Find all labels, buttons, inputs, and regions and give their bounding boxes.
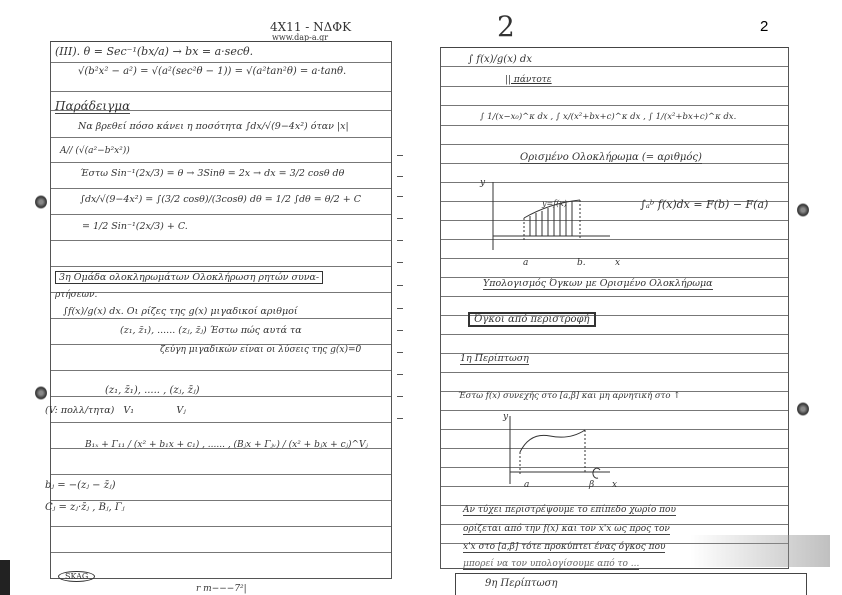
- ring-hole: [797, 402, 809, 416]
- right-heading-rotation: Όγκοι από περιστροφή: [468, 314, 596, 325]
- ring-hole: [797, 203, 809, 217]
- scan-shadow-right: [690, 535, 830, 567]
- right-notebook-page: [440, 47, 789, 569]
- left-line-multiplicity: (V: πολλ/τητα) V₁ Vⱼ: [45, 405, 186, 416]
- left-line-integral: ∫dx/√(9−4x²) = ∫(3/2 cosθ)/(3cosθ) dθ = …: [80, 194, 361, 205]
- left-line-answer: Α// (√(a²−b²x²)): [60, 146, 130, 156]
- left-line-fractions: B₁ₓ + Γ₁₁ / (x² + b₁x + c₁) , ...... , (…: [85, 440, 368, 450]
- graph1-y-label: y: [480, 178, 485, 188]
- group3-label: 3η Ομάδα ολοκληρωμάτων Ολοκλήρωση ρητών …: [55, 271, 323, 284]
- ring-hole: [35, 386, 47, 400]
- left-line-rational: ρτήσεων.: [55, 290, 97, 300]
- next-page-case: 9η Περίπτωση: [485, 578, 558, 589]
- handwritten-page-number: 2: [497, 10, 515, 43]
- graph1-curve-label: y=f(x): [542, 199, 567, 208]
- header-stamp-code: 4Χ11 - ΝΔΦΚ: [270, 20, 351, 34]
- right-line-rotate-3: x'x στο [a,β] τότε προκύπτει ένας όγκος …: [463, 542, 665, 553]
- left-line-bj: bⱼ = −(zⱼ − z̄ⱼ): [45, 480, 116, 491]
- left-line-1: (III). θ = Sec⁻¹(bx/a) → bx = a·secθ.: [55, 45, 253, 58]
- left-line-substitution: Έστω Sin⁻¹(2x/3) = θ → 3Sinθ = 2x → dx =…: [80, 168, 344, 179]
- left-line-pairs2: (z₁, z̄₁), ..... , (zⱼ, z̄ⱼ): [105, 385, 199, 396]
- left-line-roots: ∫f(x)/g(x) dx. Οι ρίζες της g(x) μιγαδικ…: [63, 306, 298, 317]
- left-line-pairs: (z₁, z̄₁), ...... (zⱼ, z̄ⱼ) Έστω πώς αυτ…: [120, 325, 302, 336]
- right-heading-definite: Ορισμένο Ολοκλήρωμα (= αριθμός): [520, 152, 702, 164]
- left-bottom-fragment: r m−−−7²|: [196, 584, 247, 594]
- right-line-integral: ∫ f(x)/g(x) dx: [468, 54, 532, 65]
- graph2-a-label: a: [524, 480, 529, 490]
- skag-logo: SKAG: [58, 571, 95, 582]
- left-line-cj: Cⱼ = zⱼ·z̄ⱼ , Bⱼ, Γⱼ: [45, 502, 125, 513]
- graph1-x-label: x: [615, 258, 620, 268]
- graph1-a-label: a: [523, 258, 528, 268]
- left-binding-shadow: [0, 560, 10, 595]
- graph2-b-label: β: [589, 480, 594, 490]
- rotation-box: Όγκοι από περιστροφή: [468, 312, 596, 327]
- right-line-rotate-4: μπορεί να τον υπολογίσουμε από το ...: [463, 559, 639, 570]
- right-line-continuous: Έστω f(x) συνεχής στο [a,β] και μη αρνητ…: [458, 391, 680, 401]
- left-line-result: = 1/2 Sin⁻¹(2x/3) + C.: [82, 221, 188, 232]
- right-case-1: 1η Περίπτωση: [460, 353, 529, 365]
- right-line-rotate-1: Αν τύχει περιστρέψουμε το επίπεδο χωρίο …: [463, 505, 676, 516]
- right-line-rotate-2: ορίζεται από την f(x) και τον x'x ως προ…: [463, 524, 670, 535]
- graph2-x-label: x: [612, 480, 617, 490]
- printed-page-number: 2: [760, 18, 768, 35]
- right-line-forms: ∫ 1/(x−x₀)^κ dx , ∫ x/(x²+bx+c)^κ dx , ∫…: [480, 112, 736, 122]
- right-heading-volumes: Υπολογισμός Όγκων με Ορισμένο Ολοκλήρωμα: [483, 278, 713, 290]
- left-line-problem: Να βρεθεί πόσο κάνει η ποσότητα ∫dx/√(9−…: [78, 121, 349, 132]
- right-line-always: || πάντοτε: [505, 75, 552, 85]
- graph1-b-label: b.: [577, 258, 586, 268]
- ring-hole: [35, 195, 47, 209]
- rotation-graph: [500, 412, 620, 487]
- left-heading-group3: 3η Ομάδα ολοκληρωμάτων Ολοκλήρωση ρητών …: [55, 272, 323, 283]
- graph2-y-label: y: [503, 412, 508, 422]
- left-line-2: √(b²x² − a²) = √(a²(sec²θ − 1)) = √(a²ta…: [78, 66, 346, 77]
- left-line-solutions: ζεύγη μιγαδικών είναι οι λύσεις της g(x)…: [160, 345, 361, 355]
- ftc-formula: ∫ₐᵇ f(x)dx = F(b) − F(a): [640, 198, 768, 211]
- definite-integral-graph: [480, 178, 620, 258]
- left-heading-example: Παράδειγμα: [55, 99, 130, 114]
